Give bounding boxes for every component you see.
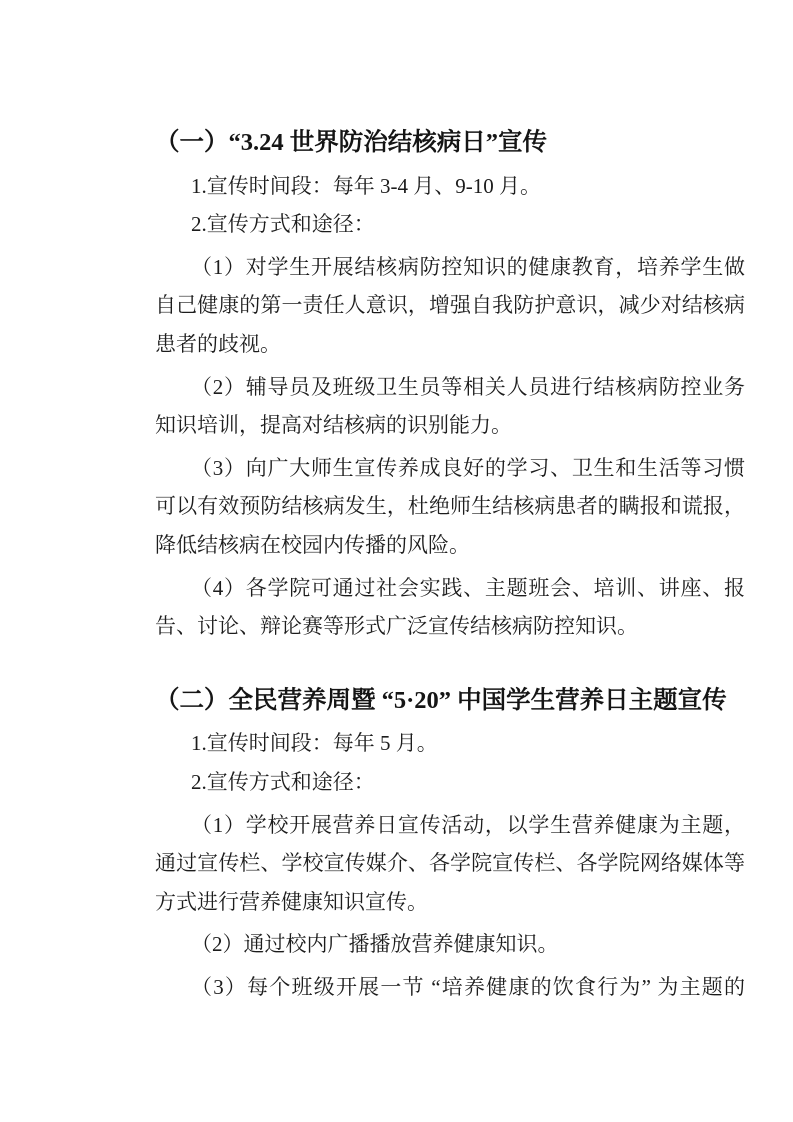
text-line: （3）每个班级开展一节 “培养健康的饮食行为” 为主题的: [155, 968, 745, 1007]
text-line: （1）对学生开展结核病防控知识的健康教育，培养学生做: [155, 248, 745, 287]
text-line: 2.宣传方式和途径：: [155, 763, 745, 802]
text-line: 通过宣传栏、学校宣传媒介、各学院宣传栏、各学院网络媒体等: [155, 844, 745, 883]
text-line: 2.宣传方式和途径：: [155, 205, 745, 244]
text-line: 1.宣传时间段：每年 5 月。: [155, 724, 745, 763]
text-line: （2）辅导员及班级卫生员等相关人员进行结核病防控业务: [155, 368, 745, 407]
text-line: 降低结核病在校园内传播的风险。: [155, 526, 745, 565]
section-2-heading: （二）全民营养周暨 “5·20” 中国学生营养日主题宣传: [155, 682, 745, 721]
section-1-heading: （一）“3.24 世界防治结核病日”宣传: [155, 124, 745, 163]
text-line: （2）通过校内广播播放营养健康知识。: [155, 925, 745, 964]
text-line: （4）各学院可通过社会实践、主题班会、培训、讲座、报: [155, 569, 745, 608]
text-line: 1.宣传时间段：每年 3-4 月、9-10 月。: [155, 167, 745, 206]
text-line: 告、讨论、辩论赛等形式广泛宣传结核病防控知识。: [155, 607, 745, 646]
document-page: （一）“3.24 世界防治结核病日”宣传 1.宣传时间段：每年 3-4 月、9-…: [0, 0, 793, 1122]
text-line: 自己健康的第一责任人意识，增强自我防护意识，减少对结核病: [155, 286, 745, 325]
text-line: 方式进行营养健康知识宣传。: [155, 883, 745, 922]
text-line: 知识培训，提高对结核病的识别能力。: [155, 406, 745, 445]
text-line: 患者的歧视。: [155, 325, 745, 364]
text-line: （1）学校开展营养日宣传活动，以学生营养健康为主题，: [155, 806, 745, 845]
document-body: （一）“3.24 世界防治结核病日”宣传 1.宣传时间段：每年 3-4 月、9-…: [155, 124, 745, 1006]
text-line: （3）向广大师生宣传养成良好的学习、卫生和生活等习惯: [155, 449, 745, 488]
text-line: 可以有效预防结核病发生，杜绝师生结核病患者的瞒报和谎报，: [155, 487, 745, 526]
